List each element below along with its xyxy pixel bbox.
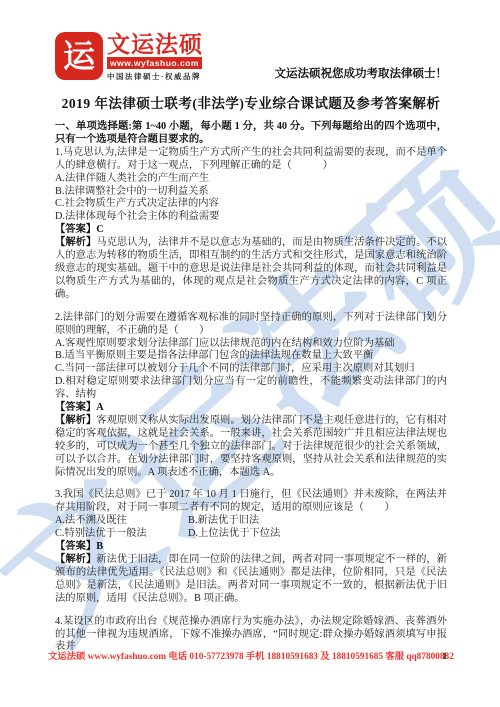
logo-brand-name: 文运法硕 [107,32,203,56]
analysis-label: 【解析】 [55,554,96,565]
question-3: 3.我国《民法总则》已于 2017 年 10 月 1 日施行，但《民法通则》并未… [55,489,447,605]
page-title: 2019 年法律硕士联考(非法学)专业综合课试题及参考答案解析 [55,92,447,112]
question-stem: 1.马克思认为,法律是一定物质生产方式所产生的社会共同利益需要的表现，而不是单个… [55,147,447,173]
options-list: A.法不溯及既往B.新法优于旧法C.特别法优于一般法D.上位法优于下位法 [55,515,447,541]
analysis-label: 【解析】 [55,237,96,248]
question-4: 4.某设区的市政府出台《规范操办酒席行为实施办法》，办法规定除婚嫁酒、丧葬酒外的… [55,616,447,655]
answer-value: B [96,541,103,552]
brand-logo: 运 文运法硕 www.wyfashuo.com 中国法律硕士·权威品牌 [55,32,203,82]
logo-tagline: 中国法律硕士·权威品牌 [107,71,203,82]
option: C.当同一部法律可以被划分于几个不同的法律部门时，应采用主次原则对其划归 [55,363,447,376]
question-stem: 3.我国《民法总则》已于 2017 年 10 月 1 日施行，但《民法通则》并未… [55,489,447,515]
option: D.上位法优于下位法 [188,528,280,541]
question-1: 1.马克思认为,法律是一定物质生产方式所产生的社会共同利益需要的表现，而不是单个… [55,147,447,302]
option: D.法律体现每个社会主体的利益需要 [55,211,447,224]
option: A.客观性原则要求划分法律部门应以法律规范的内在结构和效力位阶为基础 [55,338,447,351]
question-stem: 4.某设区的市政府出台《规范操办酒席行为实施办法》，办法规定除婚嫁酒、丧葬酒外的… [55,616,447,655]
analysis-paragraph: 【解析】客观原则又称从实际出发原则。划分法律部门不是主观任意进行的，它有相对稳定… [55,415,447,480]
answer-label: 【答案】 [55,541,96,552]
analysis-paragraph: 【解析】马克思认为，法律并不是以意志为基础的，而是由物质生活条件决定的。不以人的… [55,237,447,302]
option: A.法律伴随人类社会的产生而产生 [55,173,447,186]
options-list: A.客观性原则要求划分法律部门应以法律规范的内在结构和效力位阶为基础B.适当平衡… [55,338,447,403]
document-page: 文运法硕 运 文运法硕 www.wyfashuo.com 中国法律硕士·权威品牌… [0,0,500,707]
analysis-text: 马克思认为，法律并不是以意志为基础的，而是由物质生活条件决定的。不以人的意志为转… [55,237,447,300]
questions-container: 1.马克思认为,法律是一定物质生产方式所产生的社会共同利益需要的表现，而不是单个… [55,147,447,655]
page-content: 运 文运法硕 www.wyfashuo.com 中国法律硕士·权威品牌 文运法硕… [0,0,500,654]
option: A.法不溯及既往 [55,515,188,528]
logo-website-url: www.wyfashuo.com [107,57,202,69]
analysis-label: 【解析】 [55,415,96,426]
option: D.相对稳定原则要求法律部门划分应当有一定的前瞻性，不能频繁变动法律部门的内容、… [55,376,447,402]
question-stem: 2.法律部门的划分需要在遵循客观标准的同时坚持正确的原则，下列对于法律部门划分原… [55,312,447,338]
analysis-paragraph: 【解析】新法优于旧法，即在同一位阶的法律之间，两者对同一事项规定不一样的，新颁布… [55,554,447,606]
answer-line: 【答案】A [55,402,447,415]
page-footer: 文运法硕 www.wyfashuo.com 电话 010-57723978 手机… [55,651,447,663]
answer-label: 【答案】 [55,402,96,413]
header-slogan: 文运法硕祝您成功考取法律硕士！ [275,65,448,82]
answer-line: 【答案】C [55,224,447,237]
section-heading: 一、单项选择题:第 1~40 小题，每小题 1 分，共 40 分。下列每题给出的… [55,121,447,147]
option: B.适当平衡原则主要是指各法律部门包含的法律法规在数量上大致平衡 [55,350,447,363]
option: B.新法优于旧法 [188,515,280,528]
option: B.法律调整社会中的一切利益关系 [55,186,447,199]
answer-line: 【答案】B [55,541,447,554]
logo-badge-icon: 运 [55,32,103,80]
answer-value: C [96,224,103,235]
document-body: 一、单项选择题:第 1~40 小题，每小题 1 分，共 40 分。下列每题给出的… [55,121,447,654]
footer-contact-info: 文运法硕 www.wyfashuo.com 电话 010-57723978 手机… [48,651,454,663]
option: C.社会物质生产方式决定法律的内容 [55,198,447,211]
answer-label: 【答案】 [55,224,96,235]
analysis-text: 新法优于旧法，即在同一位阶的法律之间，两者对同一事项规定不一样的，新颁布的法律优… [55,554,447,604]
header: 运 文运法硕 www.wyfashuo.com 中国法律硕士·权威品牌 文运法硕… [55,24,447,82]
logo-text-block: 文运法硕 www.wyfashuo.com 中国法律硕士·权威品牌 [107,32,203,82]
page-number: 1 [442,651,447,663]
question-2: 2.法律部门的划分需要在遵循客观标准的同时坚持正确的原则，下列对于法律部门划分原… [55,312,447,480]
analysis-text: 客观原则又称从实际出发原则。划分法律部门不是主观任意进行的，它有相对稳定的客观依… [55,415,447,478]
answer-value: A [96,402,103,413]
option: C.特别法优于一般法 [55,528,188,541]
options-list: A.法律伴随人类社会的产生而产生B.法律调整社会中的一切利益关系C.社会物质生产… [55,173,447,225]
